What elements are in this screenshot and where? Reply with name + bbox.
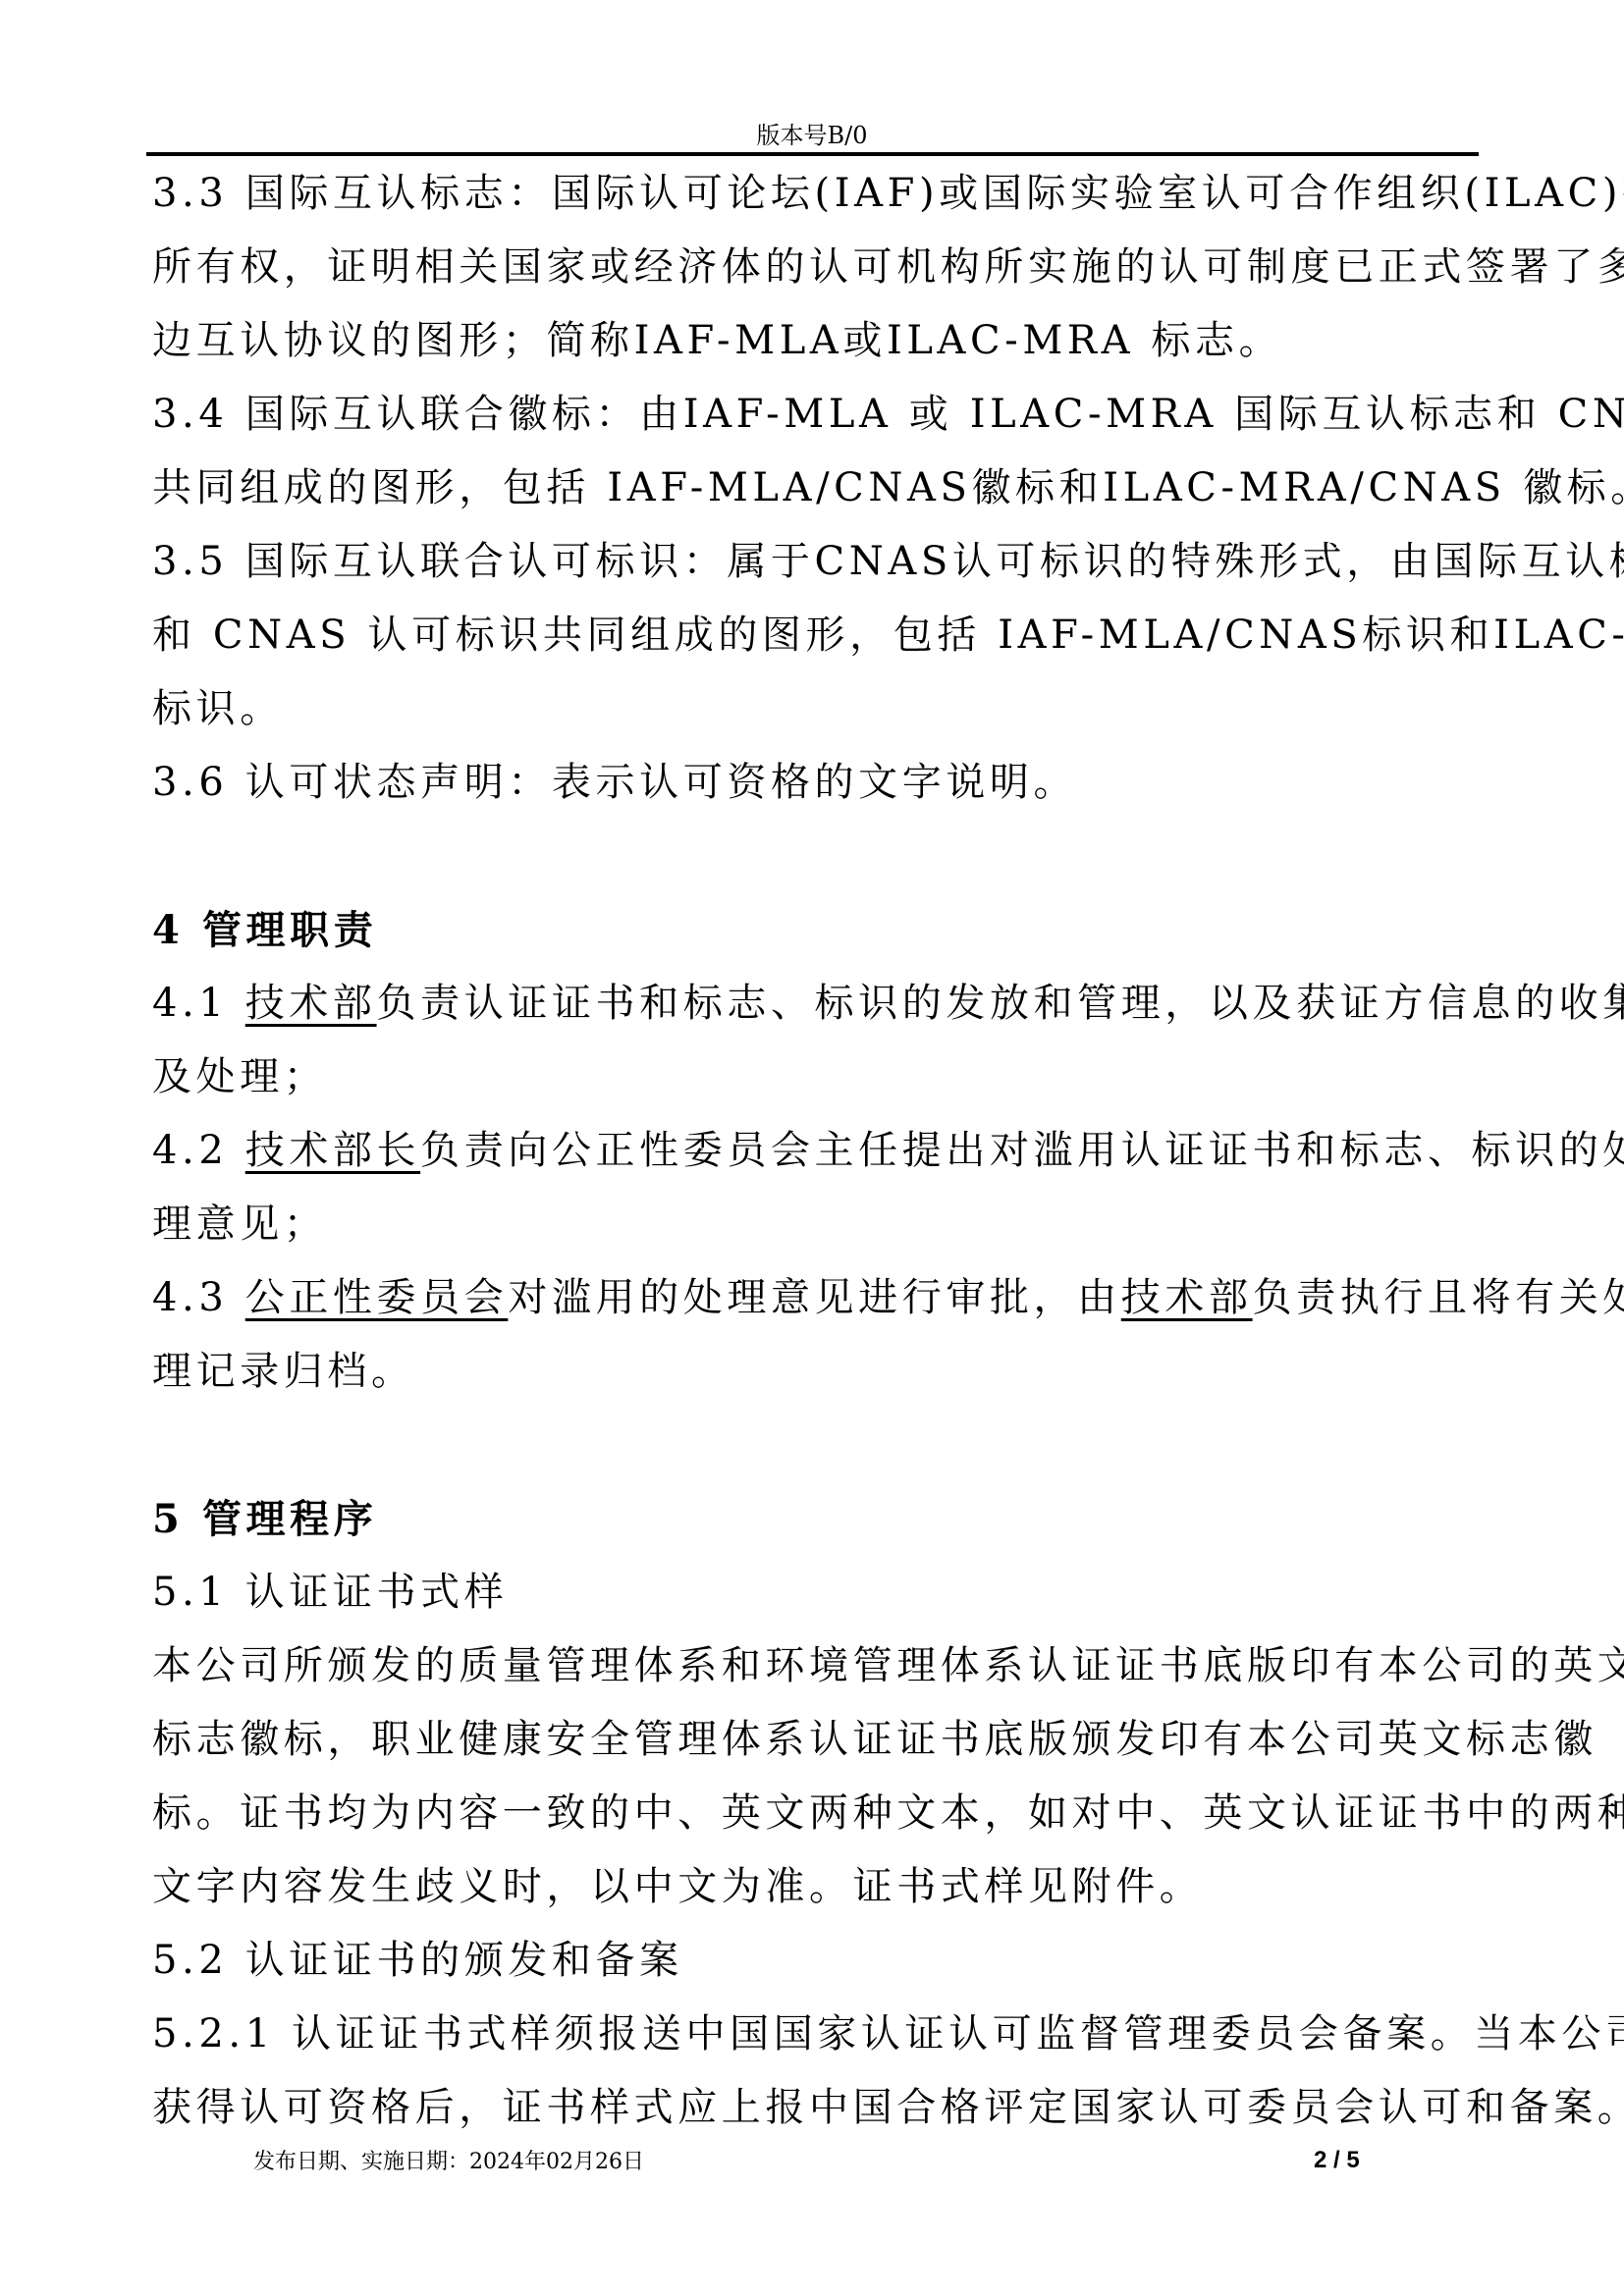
underlined-term: 公正性委员会 [245,1275,509,1320]
clause-5-1: 5.1 认证证书式样 本公司所颁发的质量管理体系和环境管理体系认证证书底版印有本… [152,1556,1468,1924]
text-line: 标志徽标，职业健康安全管理体系认证证书底版颁发印有本公司英文标志徽 [152,1703,1468,1777]
spacer [152,820,1468,893]
text-line: 边互认协议的图形；简称IAF-MLA或ILAC-MRA 标志。 [152,304,1468,378]
clause-text: 对滥用的处理意见进行审批，由 [508,1275,1120,1320]
version-header: 版本号B/0 [0,122,1624,149]
text-line: 理意见； [152,1188,1468,1261]
underlined-term: 技术部 [1121,1275,1253,1320]
clause-number: 4.3 [152,1275,245,1320]
document-body: 3.3 国际互认标志：国际认可论坛(IAF)或国际实验室认可合作组织(ILAC)… [152,157,1468,2145]
text-line: 共同组成的图形，包括 IAF-MLA/CNAS徽标和ILAC-MRA/CNAS … [152,452,1468,525]
underlined-term: 技术部 [245,981,377,1026]
spacer [152,1409,1468,1482]
text-line: 5.2.1 认证证书式样须报送中国国家认证认可监督管理委员会备案。当本公司 [152,1998,1468,2071]
text-line: 获得认可资格后，证书样式应上报中国合格评定国家认可委员会认可和备案。 [152,2071,1468,2145]
section-heading-4: 4 管理职责 [152,893,1468,967]
section-heading-5: 5 管理程序 [152,1482,1468,1556]
text-line: 和 CNAS 认可标识共同组成的图形，包括 IAF-MLA/CNAS标识和ILA… [152,599,1468,672]
text-line: 4.1 技术部负责认证证书和标志、标识的发放和管理，以及获证方信息的收集 [152,967,1468,1041]
clause-number: 4.1 [152,981,245,1026]
underlined-term: 技术部长 [245,1128,420,1173]
clause-3-5: 3.5 国际互认联合认可标识：属于CNAS认可标识的特殊形式，由国际互认标志 和… [152,525,1468,746]
clause-3-4: 3.4 国际互认联合徽标：由IAF-MLA 或 ILAC-MRA 国际互认标志和… [152,378,1468,525]
text-line: 3.5 国际互认联合认可标识：属于CNAS认可标识的特殊形式，由国际互认标志 [152,525,1468,599]
clause-text: 负责认证证书和标志、标识的发放和管理，以及获证方信息的收集 [377,981,1624,1026]
text-line: 理记录归档。 [152,1335,1468,1409]
clause-text: 负责向公正性委员会主任提出对滥用认证证书和标志、标识的处 [420,1128,1624,1173]
text-line: 标。证书均为内容一致的中、英文两种文本，如对中、英文认证证书中的两种 [152,1777,1468,1850]
document-page: 版本号B/0 3.3 国际互认标志：国际认可论坛(IAF)或国际实验室认可合作组… [0,0,1624,2296]
subsection-title: 5.2 认证证书的颁发和备案 [152,1924,1468,1998]
page-number: 2 / 5 [1314,2147,1360,2174]
subsection-title: 5.1 认证证书式样 [152,1556,1468,1629]
text-line: 4.3 公正性委员会对滥用的处理意见进行审批，由技术部负责执行且将有关处 [152,1261,1468,1335]
clause-number: 4.2 [152,1128,245,1173]
header-rule [146,152,1479,156]
text-line: 文字内容发生歧义时，以中文为准。证书式样见附件。 [152,1850,1468,1924]
text-line: 标识。 [152,672,1468,746]
text-line: 3.4 国际互认联合徽标：由IAF-MLA 或 ILAC-MRA 国际互认标志和… [152,378,1468,452]
clause-text: 负责执行且将有关处 [1253,1275,1624,1320]
clause-4-3: 4.3 公正性委员会对滥用的处理意见进行审批，由技术部负责执行且将有关处 理记录… [152,1261,1468,1409]
clause-3-6: 3.6 认可状态声明：表示认可资格的文字说明。 [152,746,1468,820]
text-line: 及处理； [152,1041,1468,1114]
clause-4-2: 4.2 技术部长负责向公正性委员会主任提出对滥用认证证书和标志、标识的处 理意见… [152,1114,1468,1261]
clause-4-1: 4.1 技术部负责认证证书和标志、标识的发放和管理，以及获证方信息的收集 及处理… [152,967,1468,1114]
clause-3-3: 3.3 国际互认标志：国际认可论坛(IAF)或国际实验室认可合作组织(ILAC)… [152,157,1468,378]
text-line: 4.2 技术部长负责向公正性委员会主任提出对滥用认证证书和标志、标识的处 [152,1114,1468,1188]
clause-5-2: 5.2 认证证书的颁发和备案 5.2.1 认证证书式样须报送中国国家认证认可监督… [152,1924,1468,2145]
text-line: 3.6 认可状态声明：表示认可资格的文字说明。 [152,746,1468,820]
footer-dates: 发布日期、实施日期：2024年02月26日 [253,2149,644,2176]
text-line: 3.3 国际互认标志：国际认可论坛(IAF)或国际实验室认可合作组织(ILAC)… [152,157,1468,231]
text-line: 本公司所颁发的质量管理体系和环境管理体系认证证书底版印有本公司的英文 [152,1629,1468,1703]
text-line: 所有权，证明相关国家或经济体的认可机构所实施的认可制度已正式签署了多 [152,231,1468,304]
